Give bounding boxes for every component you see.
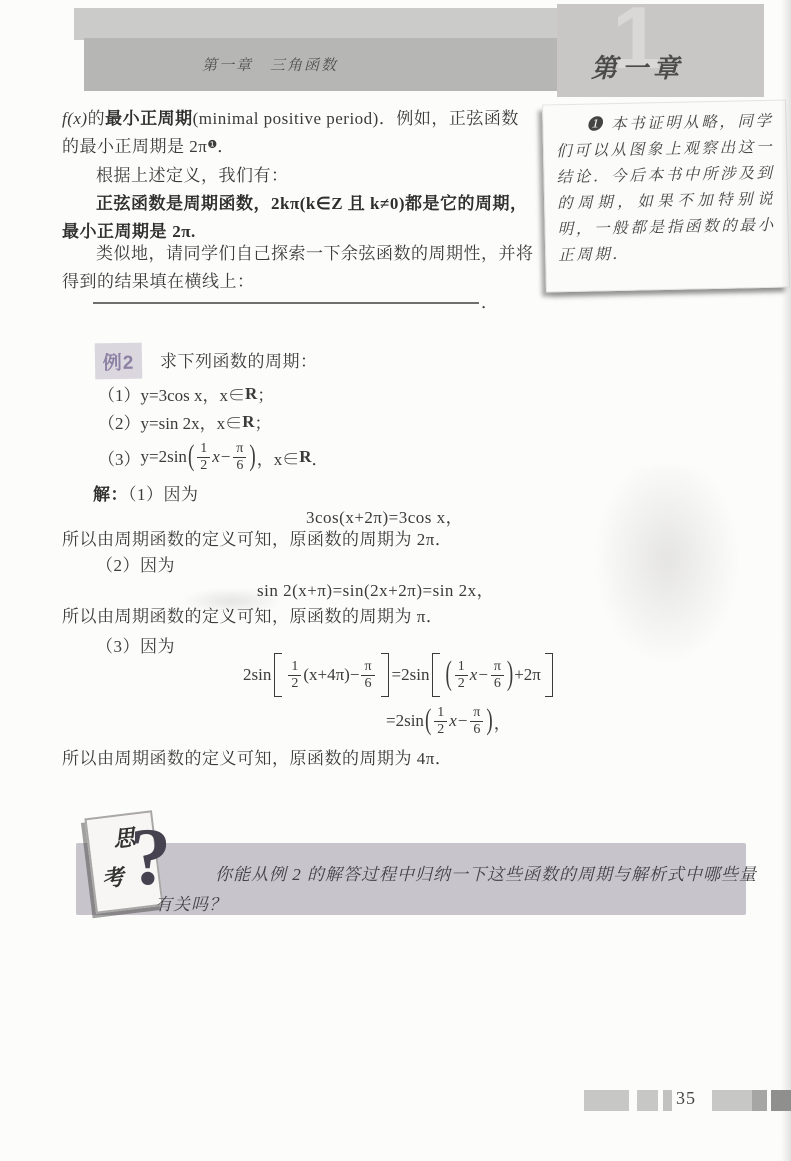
text: ． (217, 137, 235, 156)
left-paren: ( (425, 704, 431, 738)
solution-head-1: 解：（1）因为 (93, 480, 199, 505)
numerator: 1 (288, 659, 301, 675)
fraction: π6 (470, 705, 483, 737)
footnote-1-marker-icon: ❶ (207, 139, 217, 151)
fraction: 12 (197, 441, 210, 473)
right-square-bracket (545, 653, 553, 697)
question-mark-icon: ? (130, 816, 171, 898)
math-R: R (245, 384, 257, 404)
right-paren: ) (507, 655, 513, 695)
solution-3-formula-line-1: 2sin 12 (x+4π)− π6 =2sin ( 12 x− π6 ) +2… (243, 651, 556, 699)
text: 本书证明从略，同学们可以从图象上观察出这一结论．今后本书中所涉及到的周期，如果不… (556, 113, 776, 265)
solution-3-conclusion: 所以由周期函数的定义可知，原函数的周期为 4π． (62, 744, 452, 769)
scan-edge-shading (781, 0, 791, 1161)
solution-head-2: （2）因为 (96, 551, 175, 576)
text: 的 (88, 109, 106, 128)
bold-text: 正弦函数是周期函数， (96, 194, 271, 213)
denominator: 6 (233, 457, 246, 474)
solution-2-formula: sin 2(x+π)=sin(2x+2π)=sin 2x， (257, 576, 494, 601)
text: 的最小正周期是 2π (62, 137, 207, 156)
item-number: （2） (98, 409, 141, 434)
explore-prompt-line-1: 类似地，请同学们自己探索一下余弦函数的周期性，并将 (96, 239, 534, 264)
solution-3-formula-line-2: =2sin ( 12 x− π6 ) ， (386, 700, 511, 742)
think-question-line-2: 有关吗？ (155, 890, 227, 915)
term-minimal-positive-period: 最小正周期 (105, 109, 193, 128)
item-number: （3） (98, 445, 141, 470)
math-token: x− (212, 447, 231, 467)
left-square-bracket (274, 653, 282, 697)
left-square-bracket (432, 653, 440, 697)
text: (minimal positive period)．例如，正弦函数 (193, 109, 519, 128)
denominator: 6 (470, 721, 483, 738)
text: ． (311, 445, 328, 470)
numerator: 1 (455, 659, 468, 675)
scan-bleedthrough-figure (588, 466, 746, 674)
math-token: ， (494, 709, 511, 734)
bold-math: 2kπ(k∈Z 且 k≠0) (271, 194, 405, 213)
chapter-tab: 1 第一章 (557, 4, 764, 97)
numerator: π (361, 659, 374, 675)
example-item-2: （2） y=sin 2x，x∈R； (98, 409, 271, 434)
footer-block (637, 1090, 658, 1111)
fraction: 12 (288, 659, 301, 691)
right-square-bracket (381, 653, 389, 697)
fraction: π6 (491, 659, 504, 691)
text: ； (257, 381, 274, 406)
example-item-3: （3） y=2sin ( 12 x− π6 ) ，x∈R． (98, 436, 328, 478)
explore-prompt-line-2: 得到的结果填在横线上： (62, 267, 255, 292)
paragraph-definition-lead: 根据上述定义，我们有： (96, 161, 289, 186)
margin-footnote-text: ❶ 本书证明从略，同学们可以从图象上观察出这一结论．今后本书中所涉及到的周期，如… (555, 109, 776, 270)
math-token: =2sin (392, 665, 430, 685)
example-item-1: （1） y=3cos x，x∈R； (98, 381, 274, 406)
margin-footnote-card: ❶ 本书证明从略，同学们可以从图象上观察出这一结论．今后本书中所涉及到的周期，如… (542, 99, 790, 292)
right-paren: ) (249, 440, 255, 474)
denominator: 6 (361, 675, 374, 692)
chapter-label: 第一章 (591, 48, 684, 85)
math-token: 2sin (243, 665, 271, 685)
item-number: （1） (98, 381, 141, 406)
denominator: 2 (434, 721, 447, 738)
denominator: 2 (455, 675, 468, 692)
math-token: +2π (514, 665, 541, 685)
solution-2-conclusion: 所以由周期函数的定义可知，原函数的周期为 π． (62, 602, 443, 627)
header-band-top (74, 8, 563, 40)
numerator: 1 (434, 705, 447, 721)
think-char-2: 考 (100, 860, 126, 893)
math-expression: y=sin 2x，x∈ (141, 409, 243, 434)
text: （1）因为 (128, 485, 199, 504)
denominator: 2 (288, 675, 301, 692)
textbook-page: 第一章 三角函数 1 第一章 f(x)的最小正周期(minimal positi… (0, 0, 791, 1161)
solution-label: 解： (93, 485, 128, 504)
math-token: ，x∈ (257, 445, 300, 470)
running-title: 第一章 三角函数 (202, 54, 338, 75)
fraction: 12 (455, 659, 468, 691)
fraction: π6 (361, 659, 374, 691)
denominator: 6 (491, 675, 504, 692)
math-token: (x+4π)− (303, 665, 359, 685)
left-paren: ( (188, 440, 194, 474)
math-token: x− (470, 665, 489, 685)
numerator: π (491, 659, 504, 675)
fraction: 12 (434, 705, 447, 737)
numerator: π (233, 441, 246, 457)
header-band-main: 第一章 三角函数 (84, 38, 611, 91)
left-paren: ( (445, 655, 451, 695)
bold-text: 都是它的周期， (405, 194, 528, 213)
math-expression: y=3cos x，x∈ (141, 381, 246, 406)
math-token: =2sin (386, 711, 424, 731)
fill-in-blank-line (93, 302, 479, 304)
numerator: 1 (197, 441, 210, 457)
math-token: y=2sin (141, 447, 187, 467)
intro-line-1: f(x)的最小正周期(minimal positive period)．例如，正… (62, 104, 519, 129)
key-statement-line-1: 正弦函数是周期函数，2kπ(k∈Z 且 k≠0)都是它的周期， (96, 189, 527, 214)
right-paren: ) (486, 704, 492, 738)
math-R: R (299, 447, 311, 467)
footnote-1-marker-icon: ❶ (586, 116, 611, 134)
footer-block (771, 1090, 791, 1111)
fraction: π6 (233, 441, 246, 473)
blank-line-period: ． (481, 288, 499, 313)
math-R: R (242, 412, 254, 432)
math-fx: f(x) (62, 109, 88, 128)
solution-1-conclusion: 所以由周期函数的定义可知，原函数的周期为 2π． (62, 525, 452, 550)
numerator: π (470, 705, 483, 721)
math-token: x− (449, 711, 468, 731)
footer-block (712, 1090, 752, 1111)
footer-block (584, 1090, 629, 1111)
think-question-line-1: 你能从例 2 的解答过程中归纳一下这些函数的周期与解析式中哪些量 (215, 860, 757, 885)
intro-line-2: 的最小正周期是 2π❶． (62, 132, 235, 157)
text: ； (254, 409, 271, 434)
page-number: 35 (676, 1088, 696, 1109)
example-2-badge: 例2 (95, 343, 143, 380)
denominator: 2 (197, 457, 210, 474)
example-prompt: 求下列函数的周期： (160, 347, 318, 372)
footer-block (663, 1090, 672, 1111)
solution-head-3: （3）因为 (96, 632, 175, 657)
footer-block (752, 1090, 767, 1111)
